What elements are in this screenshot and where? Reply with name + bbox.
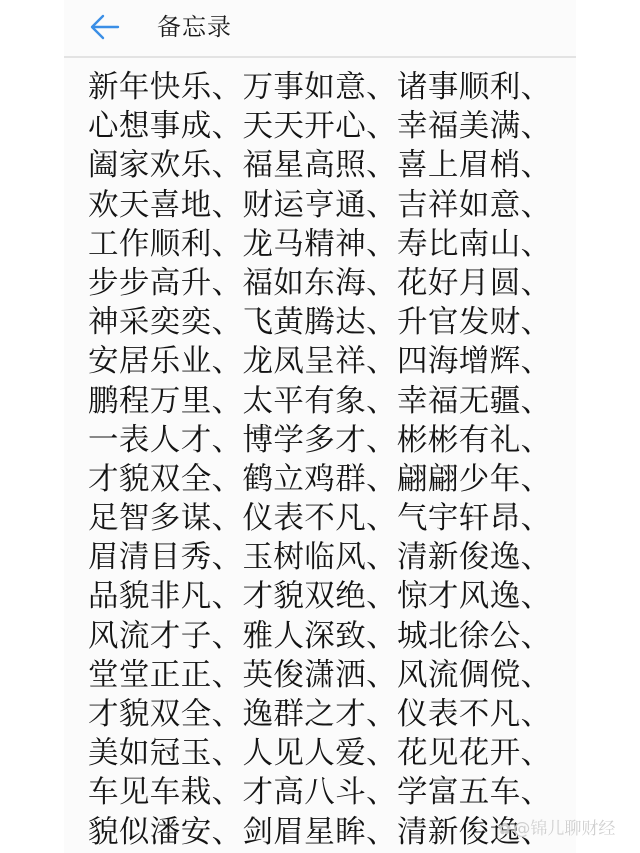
back-button[interactable] xyxy=(88,10,122,44)
note-line: 欢天喜地、财运亨通、吉祥如意、 xyxy=(88,186,568,225)
note-line: 眉清目秀、玉树临风、清新俊逸、 xyxy=(88,538,568,577)
note-line: 品貌非凡、才貌双绝、惊才风逸、 xyxy=(88,577,568,616)
page-title: 备忘录 xyxy=(157,12,232,42)
note-line: 神采奕奕、飞黄腾达、升官发财、 xyxy=(88,303,568,342)
note-line: 步步高升、福如东海、花好月圆、 xyxy=(88,264,568,303)
note-line: 工作顺利、龙马精神、寿比南山、 xyxy=(88,225,568,264)
note-line: 才貌双全、逸群之才、仪表不凡、 xyxy=(88,695,568,734)
phone-screen: 备忘录 新年快乐、万事如意、诸事顺利、 心想事成、天天开心、幸福美满、 阖家欢乐… xyxy=(64,0,576,853)
weibo-like-logo-icon: ✿ xyxy=(498,819,511,838)
note-line: 一表人才、博学多才、彬彬有礼、 xyxy=(88,421,568,460)
note-line: 风流才子、雅人深致、城北徐公、 xyxy=(88,617,568,656)
note-line: 才貌双全、鹤立鸡群、翩翩少年、 xyxy=(88,460,568,499)
note-line: 车见车栽、才高八斗、学富五车、 xyxy=(88,773,568,812)
note-line: 新年快乐、万事如意、诸事顺利、 xyxy=(88,68,568,107)
note-line: 貌似潘安、剑眉星眸、清新俊逸、 xyxy=(88,813,568,852)
note-line: 鹏程万里、太平有象、幸福无疆、 xyxy=(88,382,568,421)
arrow-left-icon xyxy=(88,10,122,44)
watermark: ✿@锦儿聊财经 xyxy=(498,818,615,840)
note-line: 安居乐业、龙凤呈祥、四海增辉、 xyxy=(88,342,568,381)
note-line: 美如冠玉、人见人爱、花见花开、 xyxy=(88,734,568,773)
note-line: 阖家欢乐、福星高照、喜上眉梢、 xyxy=(88,146,568,185)
note-line: 足智多谋、仪表不凡、气宇轩昂、 xyxy=(88,499,568,538)
app-header: 备忘录 xyxy=(64,0,576,58)
note-line: 心想事成、天天开心、幸福美满、 xyxy=(88,107,568,146)
note-line: 堂堂正正、英俊潇洒、风流倜傥、 xyxy=(88,656,568,695)
note-body[interactable]: 新年快乐、万事如意、诸事顺利、 心想事成、天天开心、幸福美满、 阖家欢乐、福星高… xyxy=(88,68,568,852)
watermark-text: @锦儿聊财经 xyxy=(513,819,615,839)
